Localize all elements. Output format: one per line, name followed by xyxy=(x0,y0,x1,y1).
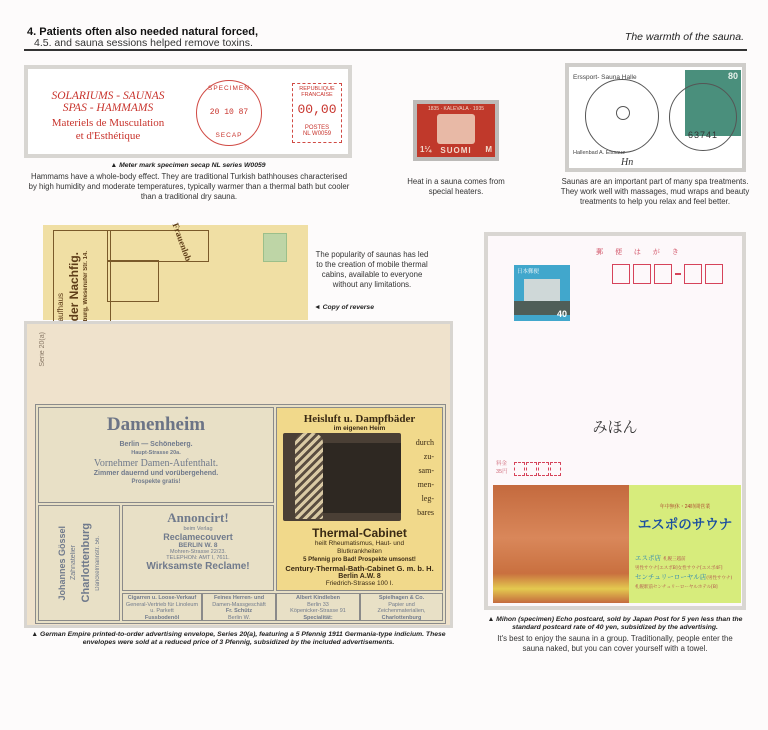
specimen-cancel: SPECIMEN 20 10 87 SECAP xyxy=(196,80,262,146)
postal-code-boxes xyxy=(612,264,726,284)
pictorial-cancel xyxy=(585,79,659,153)
postcard-caption: ▲ Mihon (specimen) Echo postcard, sold b… xyxy=(484,616,746,632)
page-subtitle: 4.5. and sauna sessions helped remove to… xyxy=(34,37,253,49)
bottom-ad: Spielhagen & Co.Papier undZeichenmateria… xyxy=(360,593,443,621)
postcard-heading: 郵 便 は が き xyxy=(596,247,684,257)
sauna-cancel-card: Erssport- Sauna Halle Hallenbad A. Eissa… xyxy=(565,63,746,172)
ad-title: エスポのサウナ xyxy=(629,513,741,533)
postmark: 63741 xyxy=(669,83,737,151)
finnish-stamp: 1835 · KALEVALA · 1935 1¼ SUOMI M xyxy=(413,100,499,161)
advertising-envelope: Serie 20(a) Damenheim Berlin — Schöneber… xyxy=(24,321,453,628)
japanese-echo-postcard: 郵 便 は が き 日本郵便 40 みほん 料金35円 年中無休・24時間営業 … xyxy=(484,232,746,610)
ad-side-text: durchzu-sam-men-leg-bares xyxy=(416,436,434,520)
popularity-text: The popularity of saunas has led to the … xyxy=(312,250,432,291)
meter-ad-text: Materiels de Musculationet d'Esthétique xyxy=(40,117,176,142)
fee-label: 料金35円 xyxy=(496,460,508,476)
envelope-reverse-copy: aufhaus der Nachfig. burg, Wiesenufer St… xyxy=(43,225,308,320)
sauna-scene-illustration xyxy=(437,114,475,144)
meter-value-box: REPUBLIQUE FRANCAISE 00,00 POSTESNL W005… xyxy=(292,83,342,143)
stamp-description: Heat in a sauna comes from special heate… xyxy=(405,177,507,197)
thermal-cabinet-illustration xyxy=(283,433,401,521)
postcard-description: It's best to enjoy the sauna in a group.… xyxy=(490,634,740,654)
section-title: The warmth of the sauna. xyxy=(625,31,744,43)
signature: Hn xyxy=(621,157,633,168)
envelope-caption: ▲ German Empire printed-to-order adverti… xyxy=(24,631,453,647)
germania-indicium xyxy=(263,233,287,262)
mihon-specimen-mark: みほん xyxy=(488,416,742,437)
ad-thermal-cabinet: Heisluft u. Dampfbäder im eigenen Heim d… xyxy=(276,407,443,591)
sauna-advertisement: 年中無休・24時間営業 エスポのサウナ エスポ店 札幌三越前 男性サウナ[エスポ… xyxy=(493,485,741,603)
imprinted-stamp: 日本郵便 40 xyxy=(514,265,570,321)
bottom-ad: Albert KindlebenBerlin 33Köpenicker-Stra… xyxy=(276,593,360,621)
bottom-ad: Cigarren u. Loose-VerkaufGeneral-Vertrie… xyxy=(122,593,202,621)
bottom-ad: Feines Herren- undDamen-MassgeschäftFr. … xyxy=(202,593,276,621)
ad-damenheim: Damenheim Berlin — Schöneberg. Haupt-Str… xyxy=(38,407,274,503)
group-sauna-photo xyxy=(493,485,629,603)
meter-description: Hammams have a whole-body effect. They a… xyxy=(26,172,352,202)
header-rule xyxy=(24,49,747,51)
meter-ad-heading: SOLARIUMS - SAUNASSPAS - HAMMAMS xyxy=(40,90,176,114)
ad-annoncirt: Annoncirt! beim Verlag Reclamecouvert BE… xyxy=(122,505,274,591)
reverse-ad-block: aufhaus der Nachfig. burg, Wiesenufer St… xyxy=(53,230,111,322)
series-label: Serie 20(a) xyxy=(39,332,46,367)
meter-mark-item: SOLARIUMS - SAUNASSPAS - HAMMAMS Materie… xyxy=(24,65,352,158)
ad-goessel: Johannes Gössel Zahnatelier Charlottenbu… xyxy=(38,505,120,621)
copy-of-reverse-caption: ◄ Copy of reverse xyxy=(314,304,374,311)
meter-caption: ▲ Meter mark specimen secap NL series W0… xyxy=(24,162,352,169)
cancel-description: Saunas are an important part of many spa… xyxy=(560,177,750,207)
advertisement-panel: Damenheim Berlin — Schöneberg. Haupt-Str… xyxy=(35,404,446,624)
